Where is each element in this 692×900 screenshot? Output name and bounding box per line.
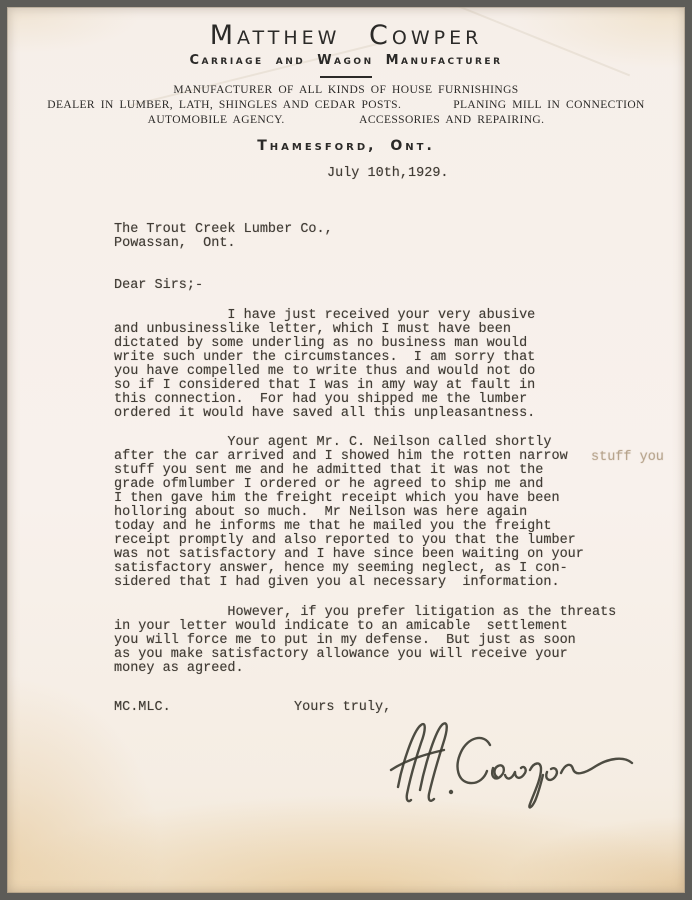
letterhead-services-line2: DEALER IN LUMBER, LATH, SHINGLES AND CED… bbox=[47, 99, 645, 111]
handwritten-signature bbox=[384, 717, 639, 812]
closing-phrase: Yours truly, bbox=[294, 701, 391, 715]
letterhead-services-line1: MANUFACTURER OF ALL KINDS OF HOUSE FURNI… bbox=[173, 84, 518, 96]
letterhead-services: MANUFACTURER OF ALL KINDS OF HOUSE FURNI… bbox=[7, 83, 685, 128]
letterhead-divider-rule bbox=[320, 76, 372, 78]
paragraph-2: Your agent Mr. C. Neilson called shortly… bbox=[114, 436, 584, 590]
paragraph-3: However, if you prefer litigation as the… bbox=[114, 606, 616, 676]
letterhead-company-name: Matthew Cowper bbox=[7, 20, 685, 51]
scanned-letter-page: Matthew Cowper Carriage and Wagon Manufa… bbox=[0, 0, 692, 900]
reference-initials: MC.MLC. bbox=[114, 701, 171, 715]
letter-date: July 10th,1929. bbox=[327, 167, 449, 181]
letterhead-services-line3: AUTOMOBILE AGENCY. ACCESSORIES AND REPAI… bbox=[148, 114, 545, 126]
recipient-address: The Trout Creek Lumber Co., Powassan, On… bbox=[114, 223, 333, 251]
salutation: Dear Sirs;- bbox=[114, 279, 203, 293]
ghost-offset-text: stuff you bbox=[591, 450, 664, 465]
letterhead-tagline: Carriage and Wagon Manufacturer bbox=[7, 53, 685, 68]
letterhead-city: Thamesford, Ont. bbox=[7, 138, 685, 154]
paragraph-1: I have just received your very abusive a… bbox=[114, 309, 535, 421]
